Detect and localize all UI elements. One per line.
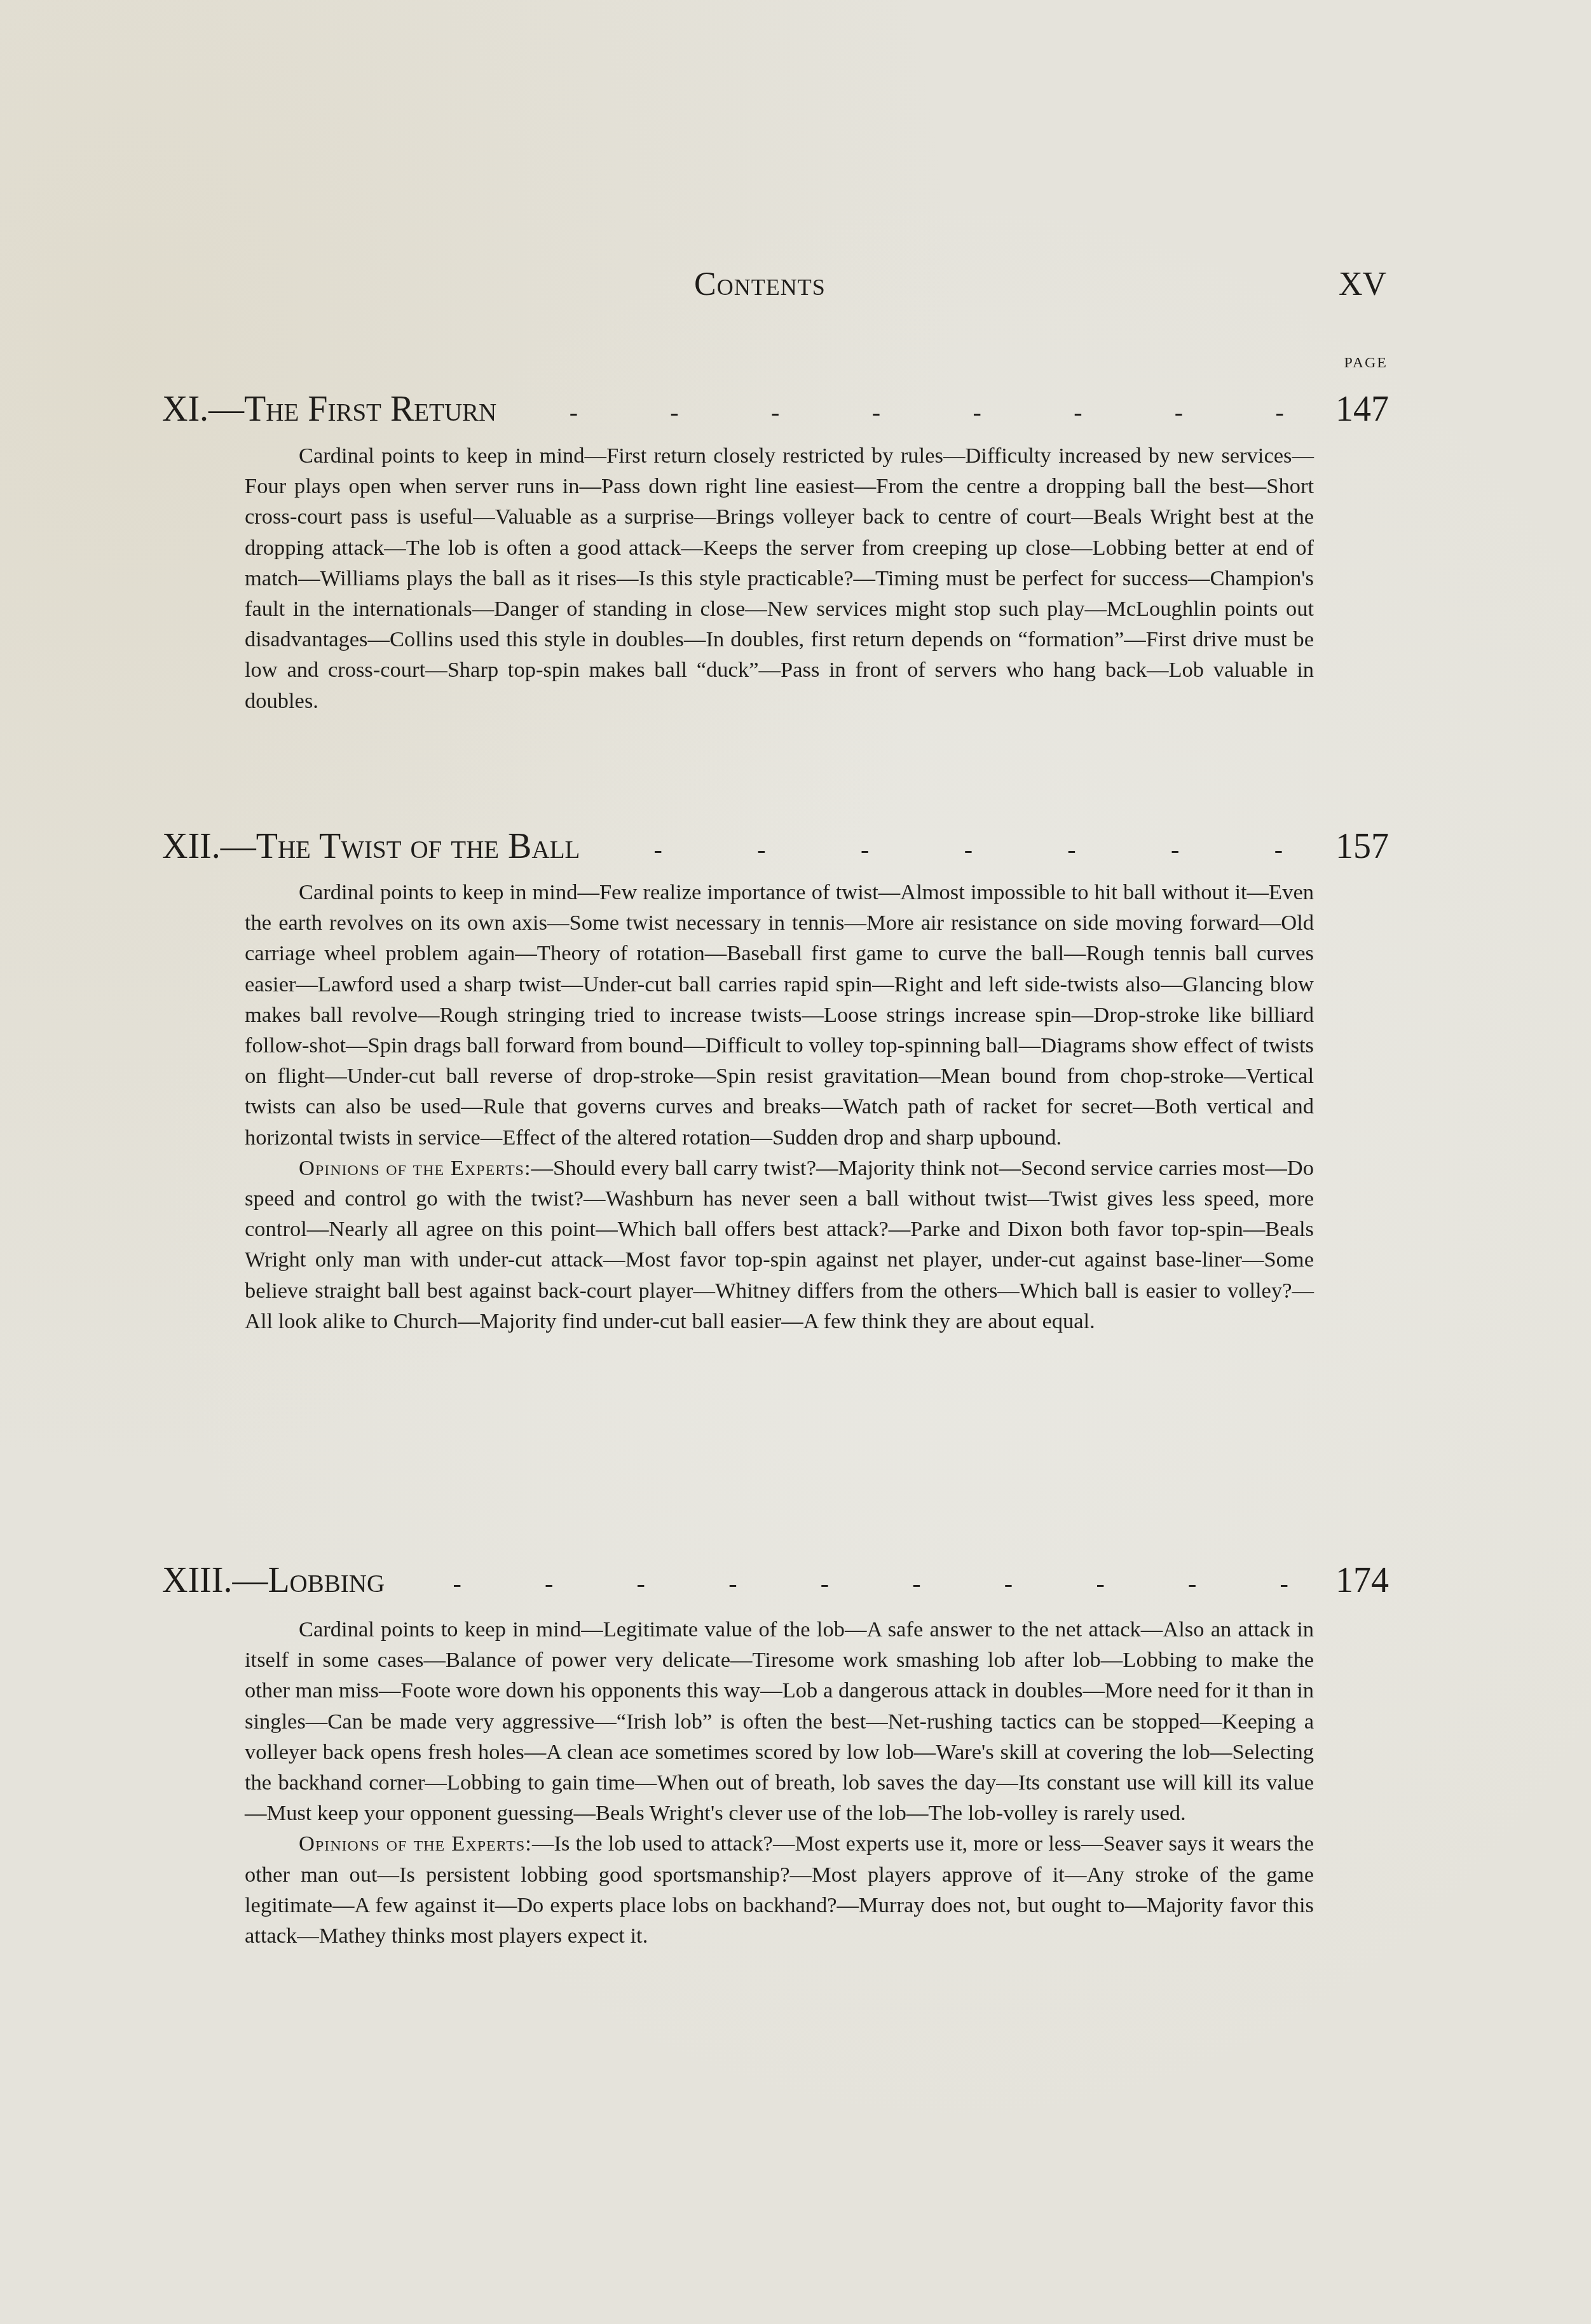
summary-paragraph: Cardinal points to keep in mind—Legitima… — [245, 1614, 1314, 1828]
summary-text: Cardinal points to keep in mind—First re… — [245, 444, 1314, 713]
chapter-summary-xiii: Cardinal points to keep in mind—Legitima… — [245, 1614, 1314, 1951]
experts-paragraph: Opinions of the Experts:—Is the lob used… — [245, 1828, 1314, 1951]
folio-page-number: XV — [1339, 266, 1386, 303]
chapter-heading-xii: XII.— The Twist of the Ball ------- 157 — [162, 826, 1389, 871]
chapter-page-number: 157 — [1335, 826, 1389, 867]
page-column-label: PAGE — [1344, 355, 1388, 372]
experts-label: Opinions of the Experts: — [299, 1156, 531, 1180]
chapter-heading-xi: XI.— The First Return -------- 147 — [162, 389, 1389, 433]
experts-label: Opinions of the Experts: — [299, 1831, 532, 1856]
summary-text: Cardinal points to keep in mind—Legitima… — [245, 1617, 1314, 1825]
running-head: Contents XV — [0, 266, 1591, 310]
chapter-title: Lobbing — [268, 1560, 385, 1601]
chapter-title: The Twist of the Ball — [256, 826, 580, 867]
chapter-number: XIII.— — [162, 1560, 268, 1601]
summary-text: Cardinal points to keep in mind—Few real… — [245, 880, 1314, 1150]
chapter-title: The First Return — [244, 389, 496, 430]
summary-paragraph: Cardinal points to keep in mind—Few real… — [245, 877, 1314, 1153]
chapter-heading-xiii: XIII.— Lobbing ---------- 174 — [162, 1560, 1389, 1605]
chapter-summary-xi: Cardinal points to keep in mind—First re… — [245, 440, 1314, 716]
dot-leader: ---------- — [385, 1568, 1335, 1598]
running-title: Contents — [694, 266, 826, 303]
dot-leader: ------- — [580, 834, 1335, 864]
experts-text: —Should every ball carry twist?—Majority… — [245, 1156, 1314, 1333]
chapter-page-number: 147 — [1335, 389, 1389, 430]
experts-paragraph: Opinions of the Experts:—Should every ba… — [245, 1153, 1314, 1336]
chapter-number: XI.— — [162, 389, 244, 430]
dot-leader: -------- — [496, 397, 1335, 427]
chapter-number: XII.— — [162, 826, 256, 867]
chapter-summary-xii: Cardinal points to keep in mind—Few real… — [245, 877, 1314, 1336]
summary-paragraph: Cardinal points to keep in mind—First re… — [245, 440, 1314, 716]
chapter-page-number: 174 — [1335, 1560, 1389, 1601]
